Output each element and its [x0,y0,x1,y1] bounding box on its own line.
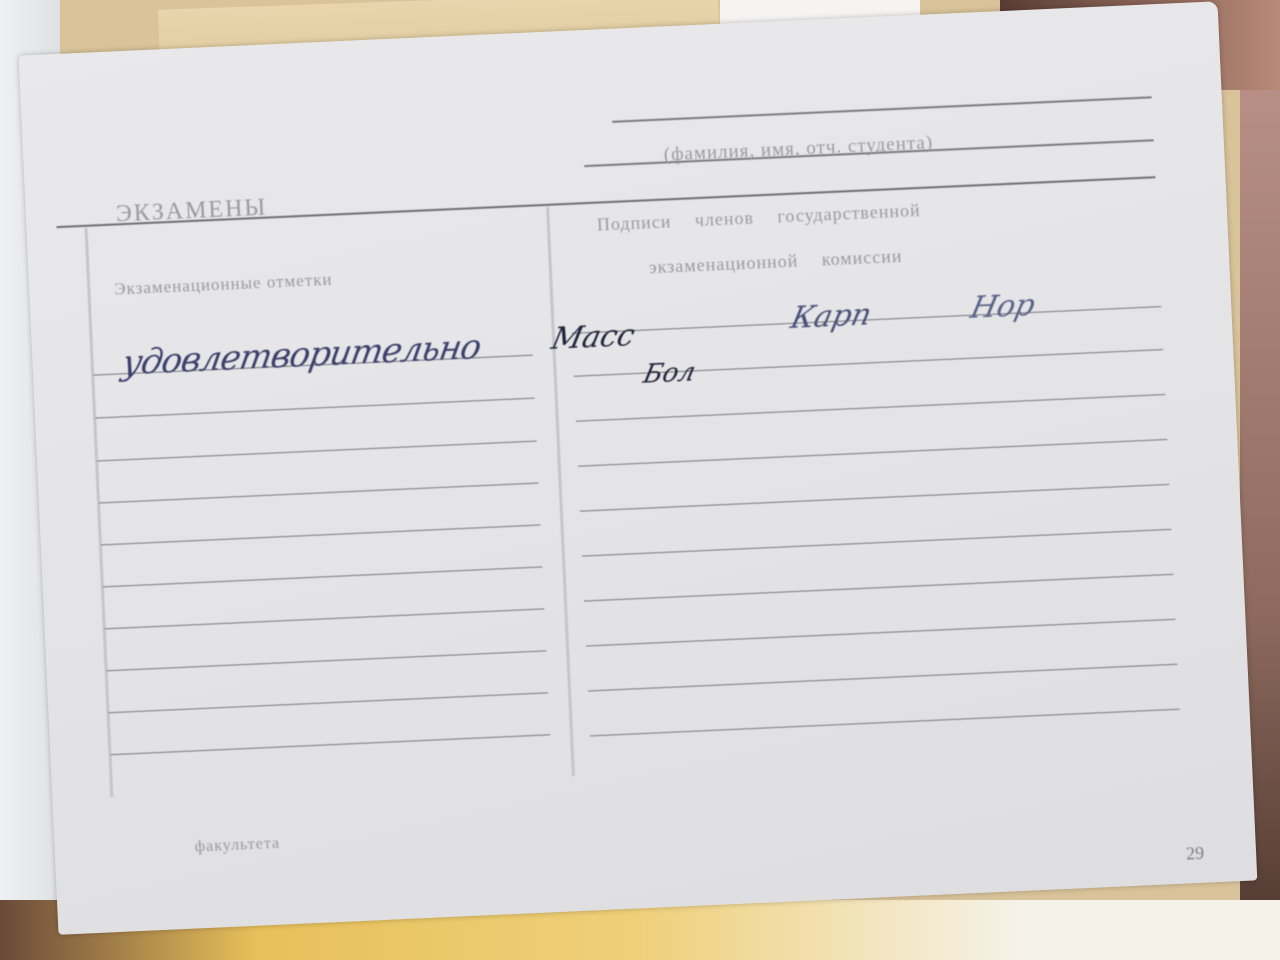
column-header-signatures-line2: экзаменационной комиссии [648,246,902,278]
row-line [99,483,539,504]
student-name-line [612,96,1152,122]
row-line [582,529,1171,557]
row-line [110,734,550,755]
faculty-label: факультета [194,835,280,857]
column-header-grades: Экзаменационные отметки [114,270,333,300]
handwritten-grade: удовлетворительно [119,327,483,384]
handwritten-signature-4: Нор [967,288,1038,326]
row-line [101,524,541,545]
row-line [586,619,1175,647]
row-line [578,439,1167,467]
column-divider [546,207,575,777]
row-line [590,709,1179,737]
handwritten-signature-2: Бол [640,357,698,390]
handwritten-signature-1: Масс [548,318,638,357]
row-line [576,394,1165,422]
student-name-caption: (фамилия, имя, отч. студента) [663,132,933,166]
handwritten-signature-3: Карп [787,297,874,336]
row-line [109,692,549,713]
row-line [97,441,537,462]
row-line [105,608,545,629]
row-line [95,398,535,419]
row-line [103,566,543,587]
row-line [584,574,1173,602]
row-line [580,484,1169,512]
column-header-signatures-line1: Подписи членов государственной [596,200,921,236]
row-line [588,664,1177,692]
page-number: 29 [1186,843,1205,865]
record-book-page: (фамилия, имя, отч. студента) ЭКЗАМЕНЫ Э… [19,1,1258,935]
row-line [107,650,547,671]
